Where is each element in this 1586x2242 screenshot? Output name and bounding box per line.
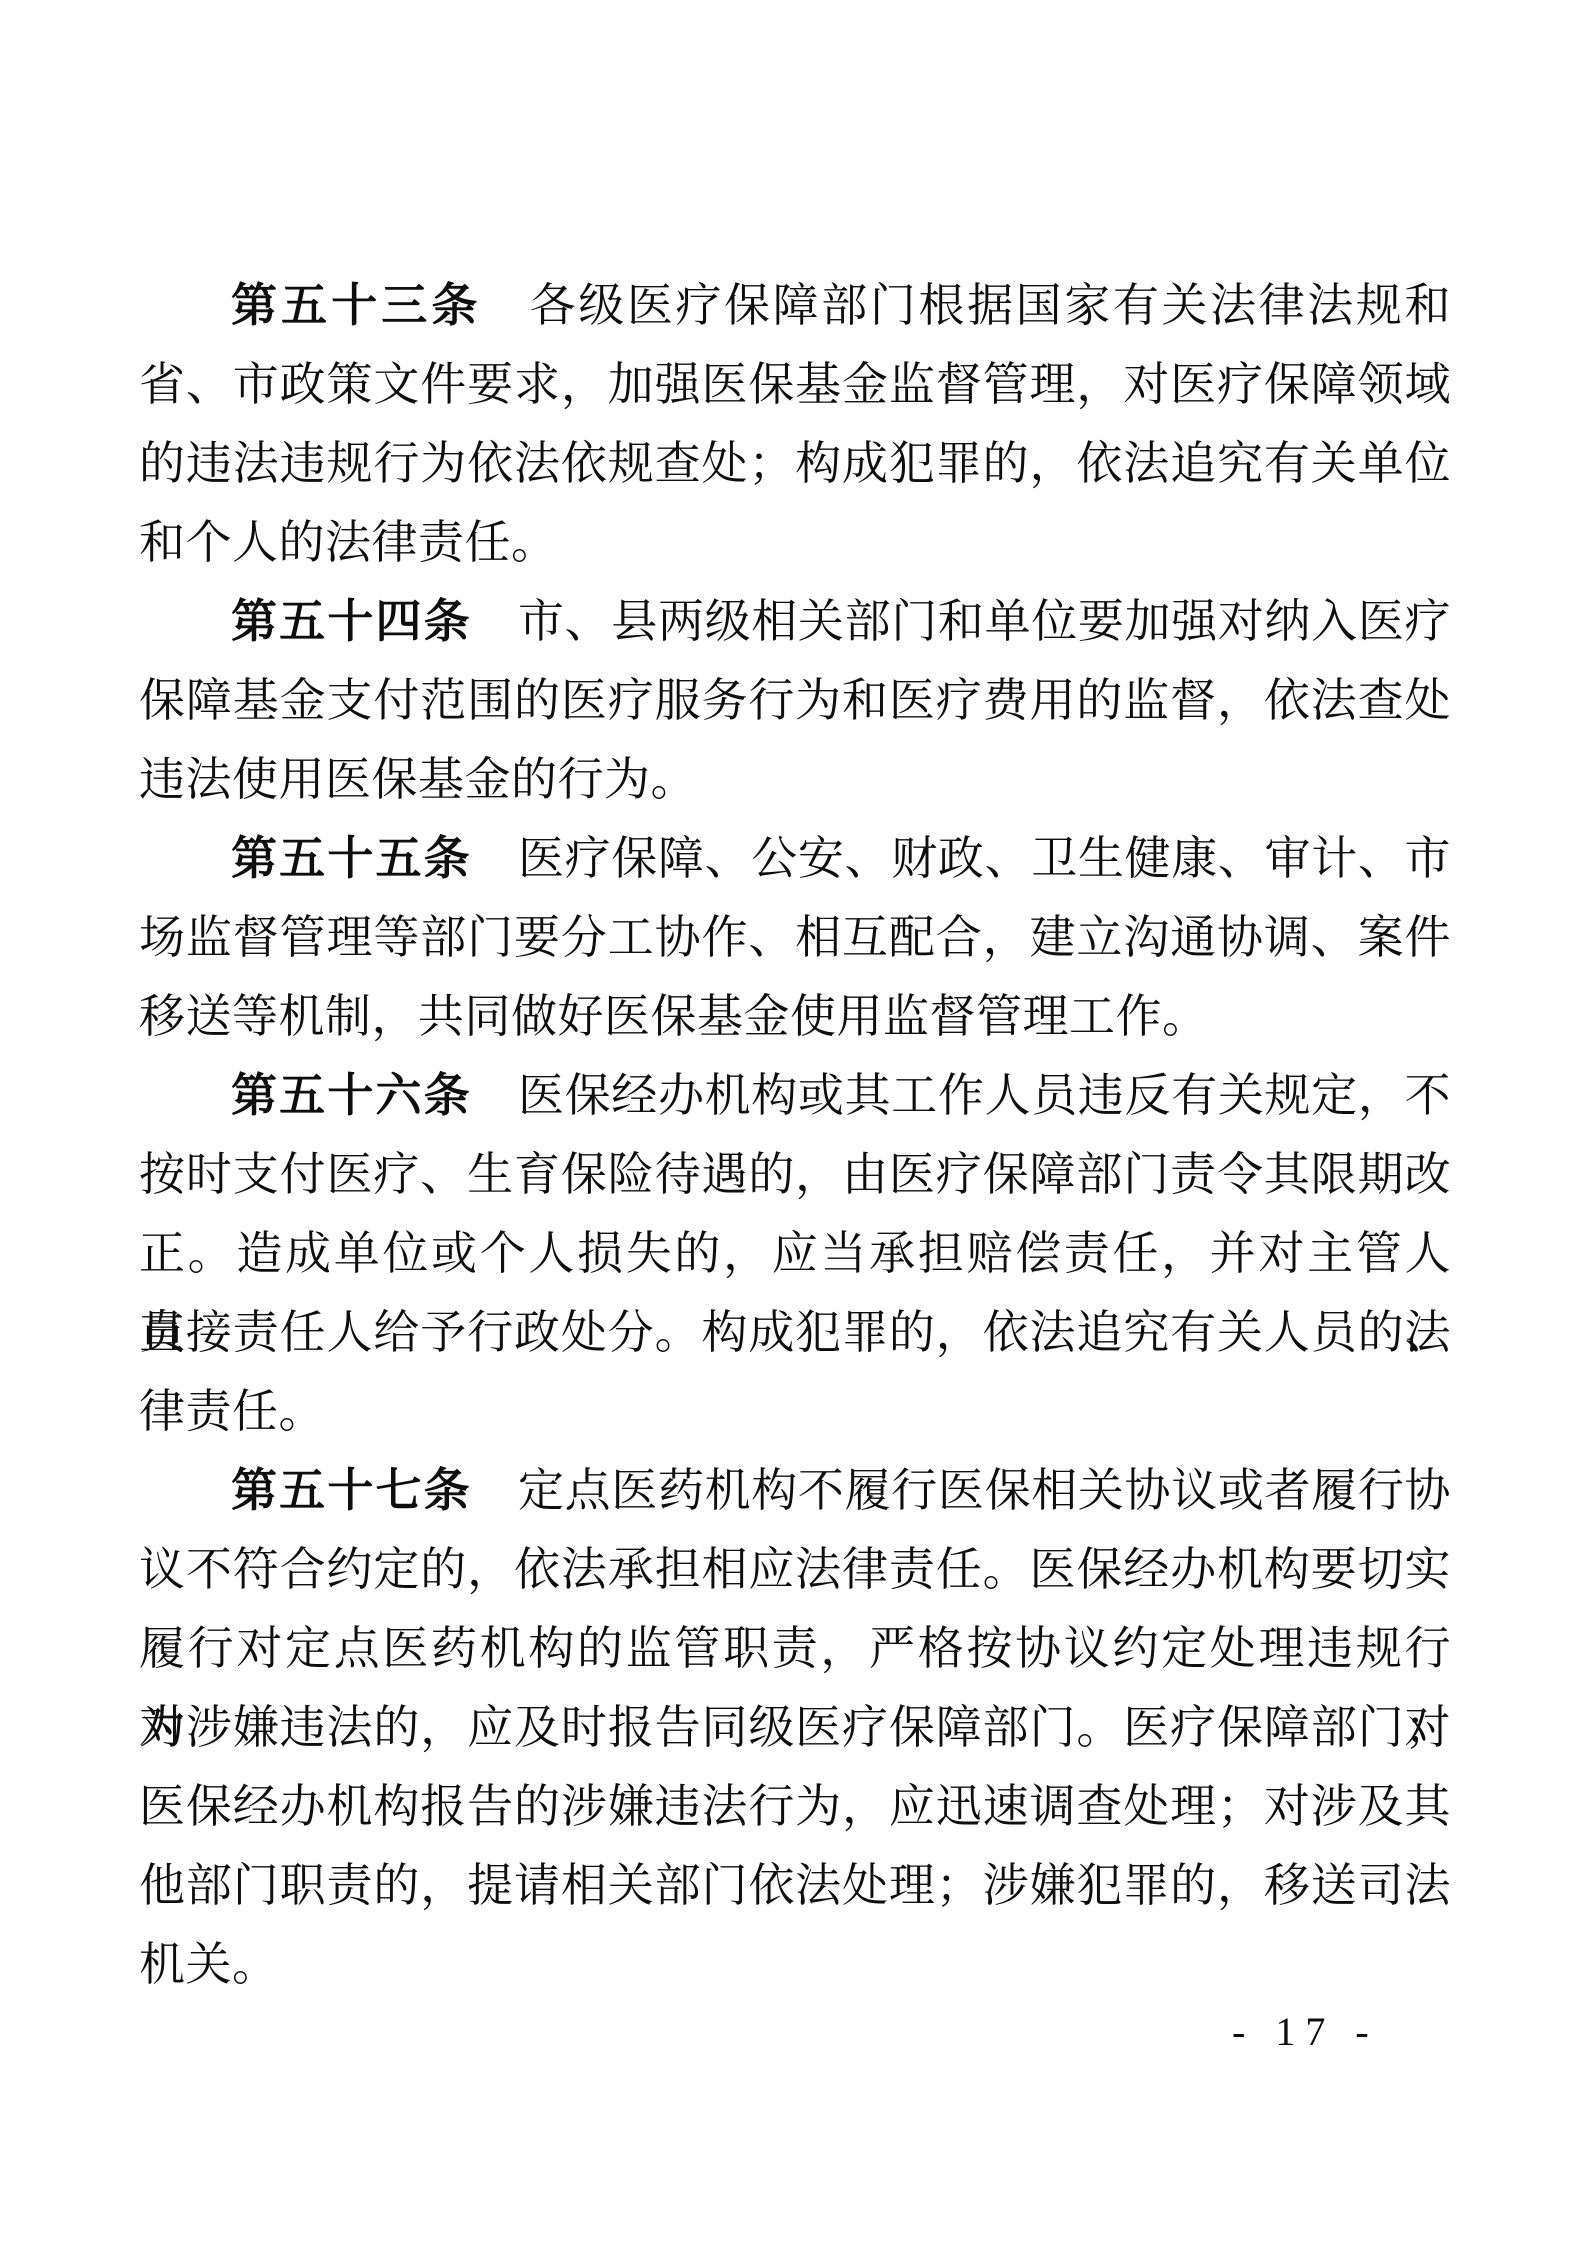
line-text: 定点医药机构不履行医保相关协议或者履行协 [518, 1465, 1451, 1516]
article-55-line-2: 场监督管理等部门要分工协作、相互配合，建立沟通协调、案件 [139, 898, 1451, 977]
article-55-term: 第五十五条 [231, 832, 472, 884]
line-text: 医疗保障、公安、财政、卫生健康、审计、市 [518, 833, 1451, 884]
article-53-line-2: 省、市政策文件要求，加强医保基金监督管理，对医疗保障领域 [139, 345, 1451, 424]
article-53-line-1: 第五十三条各级医疗保障部门根据国家有关法律法规和 [139, 266, 1451, 345]
article-57-term: 第五十七条 [231, 1464, 472, 1516]
article-56-line-4: 直接责任人给予行政处分。构成犯罪的，依法追究有关人员的法 [139, 1293, 1451, 1372]
page-number: - 17 - [1232, 2008, 1379, 2055]
article-57-line-6: 他部门职责的，提请相关部门依法处理；涉嫌犯罪的，移送司法 [139, 1846, 1451, 1925]
article-57-line-5: 医保经办机构报告的涉嫌违法行为，应迅速调查处理；对涉及其 [139, 1767, 1451, 1846]
article-53-line-3: 的违法违规行为依法依规查处；构成犯罪的，依法追究有关单位 [139, 424, 1451, 503]
article-54-line-2: 保障基金支付范围的医疗服务行为和医疗费用的监督，依法查处 [139, 661, 1451, 740]
article-55-line-3: 移送等机制，共同做好医保基金使用监督管理工作。 [139, 977, 1451, 1056]
article-54-term: 第五十四条 [231, 595, 472, 647]
document-text-block: 第五十三条各级医疗保障部门根据国家有关法律法规和 省、市政策文件要求，加强医保基… [139, 266, 1451, 2004]
line-text: 市、县两级相关部门和单位要加强对纳入医疗 [518, 596, 1451, 647]
article-57-line-2: 议不符合约定的，依法承担相应法律责任。医保经办机构要切实 [139, 1530, 1451, 1609]
article-56-line-3: 正。造成单位或个人损失的，应当承担赔偿责任，并对主管人员、 [139, 1214, 1451, 1293]
article-56-line-2: 按时支付医疗、生育保险待遇的，由医疗保障部门责令其限期改 [139, 1135, 1451, 1214]
article-57-line-4: 对涉嫌违法的，应及时报告同级医疗保障部门。医疗保障部门对 [139, 1688, 1451, 1767]
article-56-line-1: 第五十六条医保经办机构或其工作人员违反有关规定，不 [139, 1056, 1451, 1135]
article-57-line-3: 履行对定点医药机构的监管职责，严格按协议约定处理违规行为； [139, 1609, 1451, 1688]
article-57-line-7: 机关。 [139, 1925, 1451, 2004]
line-text: 各级医疗保障部门根据国家有关法律法规和 [528, 280, 1451, 331]
line-text: 医保经办机构或其工作人员违反有关规定，不 [518, 1070, 1451, 1121]
article-55-line-1: 第五十五条医疗保障、公安、财政、卫生健康、审计、市 [139, 819, 1451, 898]
article-57-line-1: 第五十七条定点医药机构不履行医保相关协议或者履行协 [139, 1451, 1451, 1530]
article-54-line-1: 第五十四条市、县两级相关部门和单位要加强对纳入医疗 [139, 582, 1451, 661]
article-53-line-4: 和个人的法律责任。 [139, 503, 1451, 582]
article-54-line-3: 违法使用医保基金的行为。 [139, 740, 1451, 819]
article-56-term: 第五十六条 [231, 1069, 472, 1121]
article-53-term: 第五十三条 [231, 279, 482, 331]
article-56-line-5: 律责任。 [139, 1372, 1451, 1451]
document-page: 第五十三条各级医疗保障部门根据国家有关法律法规和 省、市政策文件要求，加强医保基… [0, 0, 1586, 2242]
